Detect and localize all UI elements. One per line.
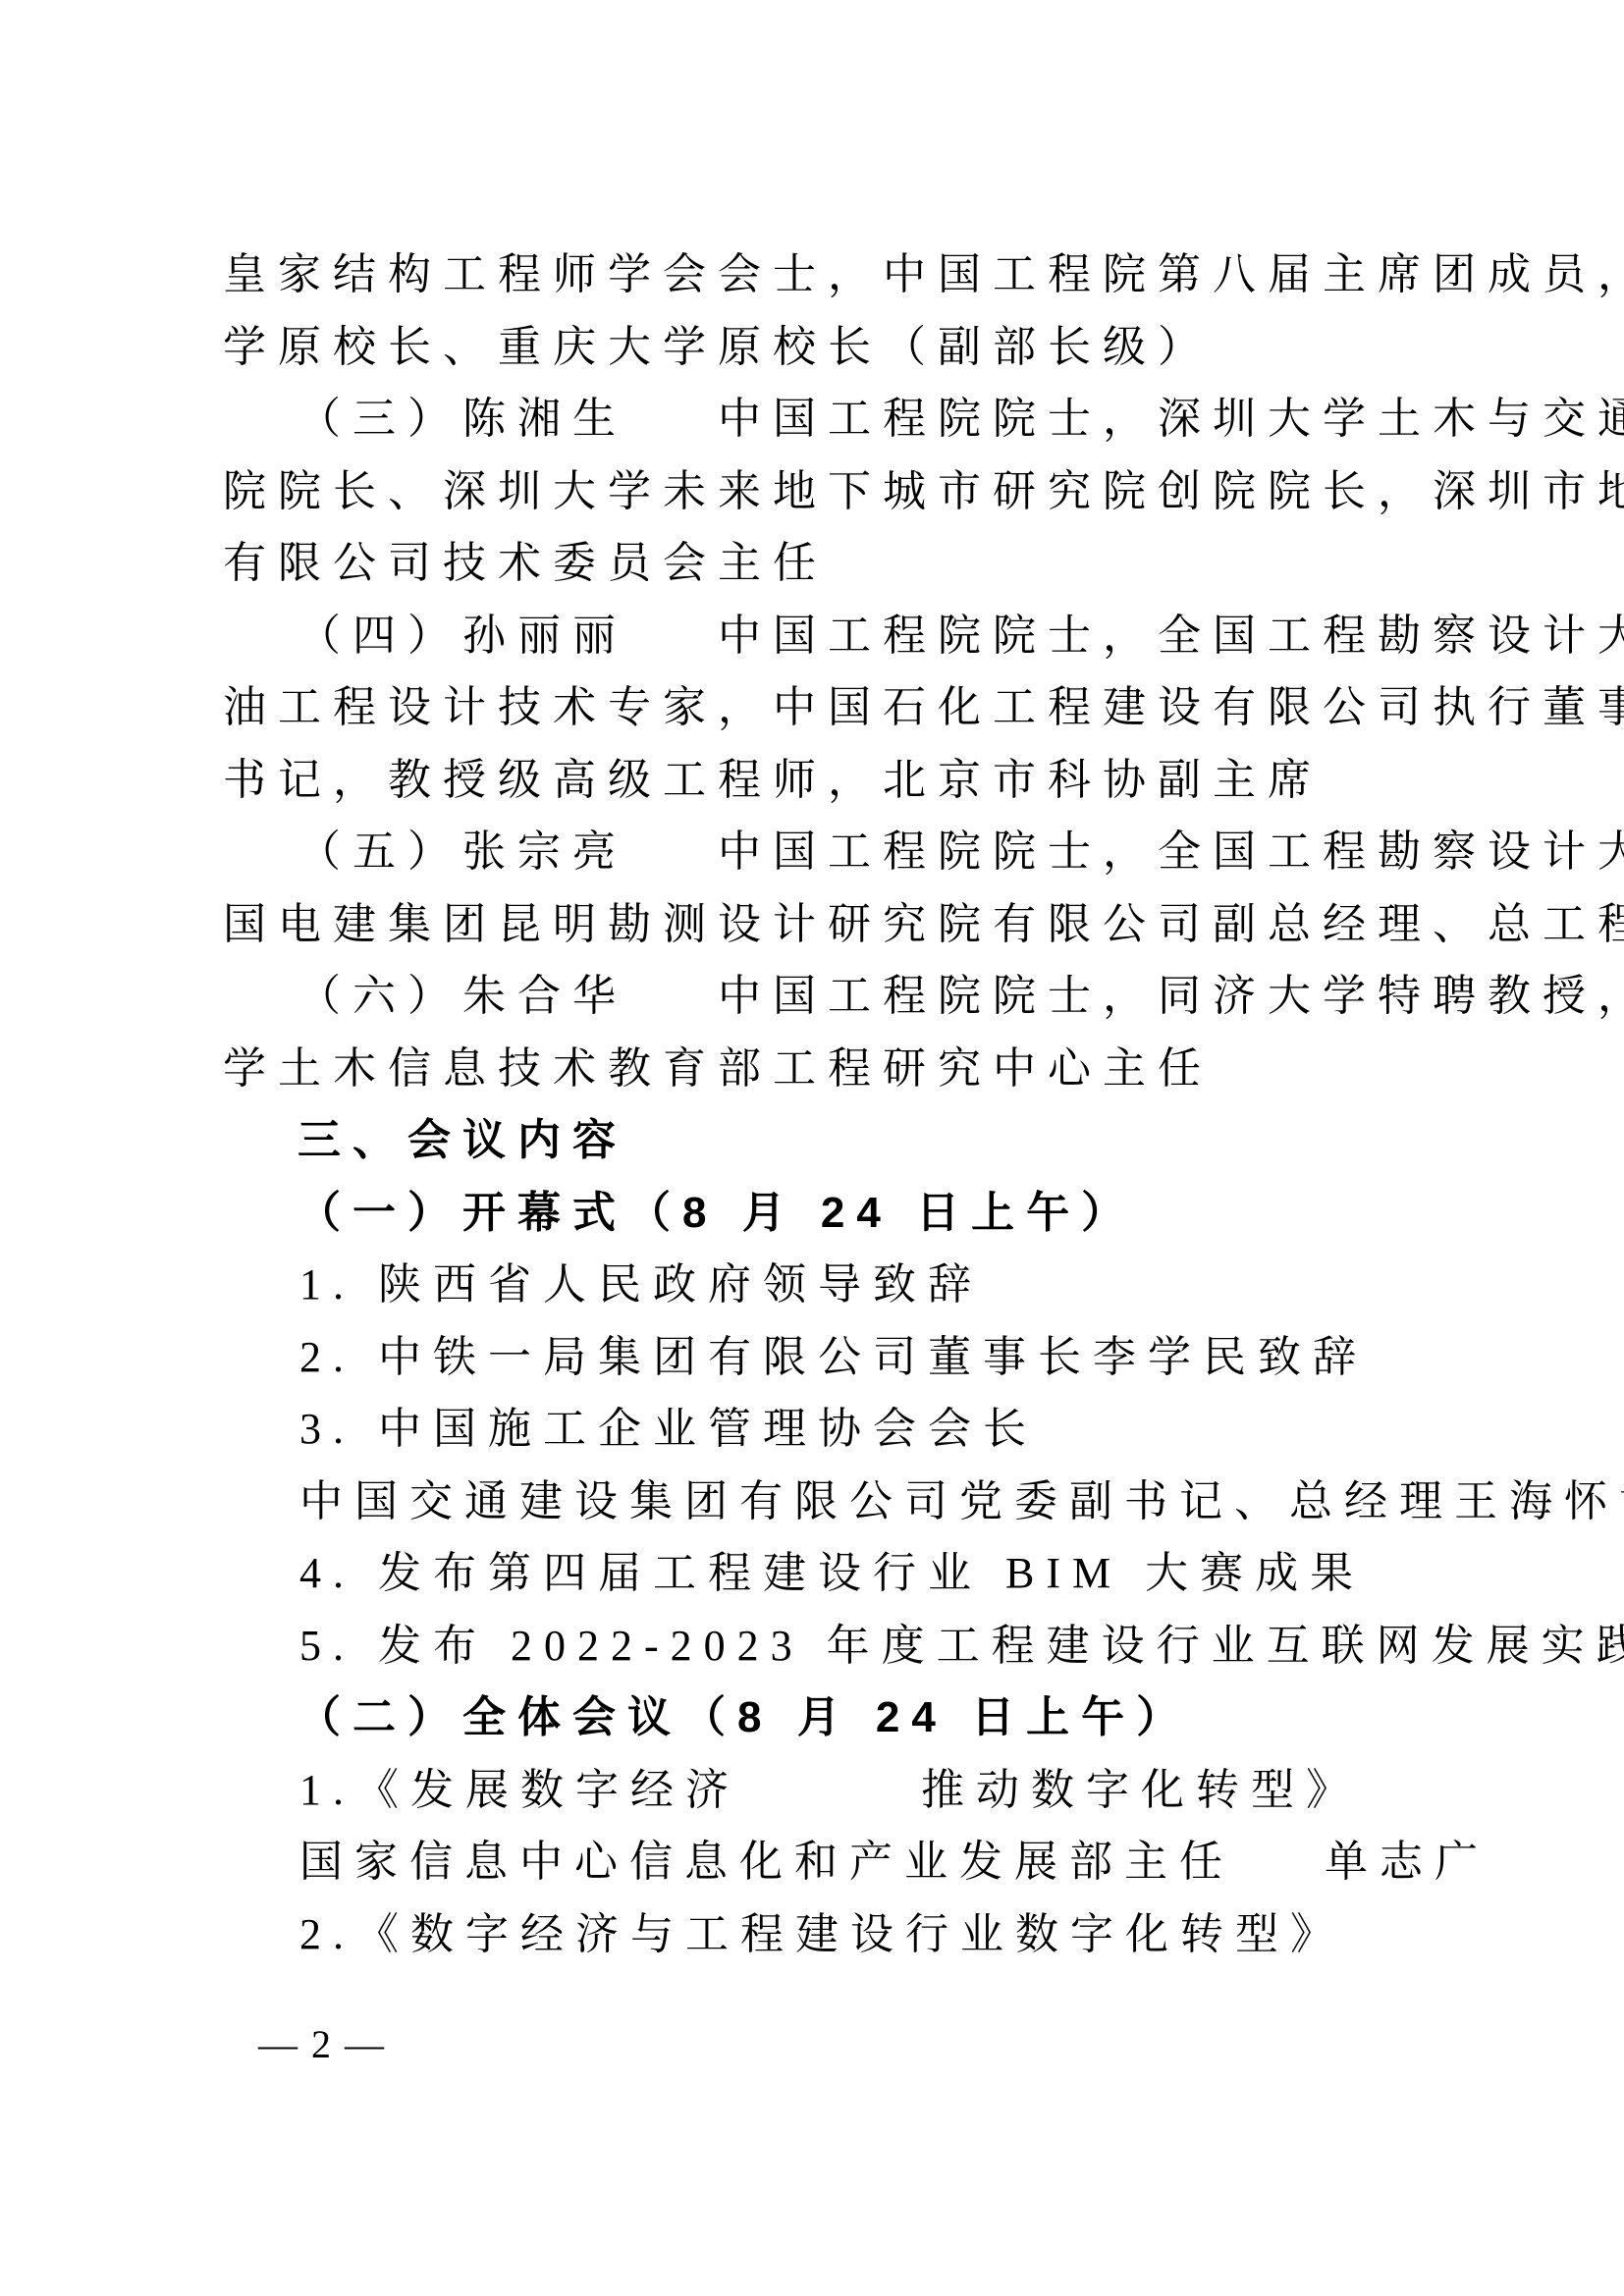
section-heading: （一）开幕式（8 月 24 日上午）	[223, 1177, 1427, 1250]
document-body: 皇家结构工程师学会会士，中国工程院第八届主席团成员，兰州大 学原校长、重庆大学原…	[223, 239, 1427, 1970]
agenda-item: 1. 陕西省人民政府领导致辞	[223, 1249, 1427, 1321]
agenda-item-continuation: 国家信息中心信息化和产业发展部主任 单志广	[223, 1826, 1427, 1898]
agenda-item: 5. 发布 2022-2023 年度工程建设行业互联网发展实践案例	[223, 1610, 1427, 1682]
paragraph-start: （三）陈湘生 中国工程院院士，深圳大学土木与交通工程学	[223, 383, 1427, 455]
agenda-item-continuation: 中国交通建设集团有限公司党委副书记、总经理王海怀讲话	[223, 1466, 1427, 1538]
agenda-item: 1.《发展数字经济 推动数字化转型》	[223, 1754, 1427, 1827]
paragraph-start: （五）张宗亮 中国工程院院士，全国工程勘察设计大师，中	[223, 816, 1427, 888]
body-line: 院院长、深圳大学未来地下城市研究院创院院长，深圳市地铁集团	[223, 455, 1427, 528]
paragraph-start: （六）朱合华 中国工程院院士，同济大学特聘教授，同济大	[223, 960, 1427, 1033]
document-page: 皇家结构工程师学会会士，中国工程院第八届主席团成员，兰州大 学原校长、重庆大学原…	[0, 0, 1624, 2296]
agenda-item: 2.《数字经济与工程建设行业数字化转型》	[223, 1898, 1427, 1971]
body-line: 学原校长、重庆大学原校长（副部长级）	[223, 311, 1427, 384]
body-line: 皇家结构工程师学会会士，中国工程院第八届主席团成员，兰州大	[223, 239, 1427, 311]
body-line: 书记，教授级高级工程师，北京市科协副主席	[223, 744, 1427, 817]
body-line: 油工程设计技术专家，中国石化工程建设有限公司执行董事、党委	[223, 671, 1427, 744]
section-heading: （二）全体会议（8 月 24 日上午）	[223, 1682, 1427, 1754]
agenda-item: 3. 中国施工企业管理协会会长	[223, 1393, 1427, 1466]
section-heading: 三、会议内容	[223, 1104, 1427, 1177]
page-number: — 2 —	[258, 2008, 386, 2081]
paragraph-start: （四）孙丽丽 中国工程院院士，全国工程勘察设计大师，炼	[223, 600, 1427, 672]
agenda-item: 4. 发布第四届工程建设行业 BIM 大赛成果	[223, 1537, 1427, 1610]
body-line: 国电建集团昆明勘测设计研究院有限公司副总经理、总工程师	[223, 888, 1427, 961]
body-line: 学土木信息技术教育部工程研究中心主任	[223, 1033, 1427, 1105]
agenda-item: 2. 中铁一局集团有限公司董事长李学民致辞	[223, 1321, 1427, 1394]
body-line: 有限公司技术委员会主任	[223, 527, 1427, 600]
